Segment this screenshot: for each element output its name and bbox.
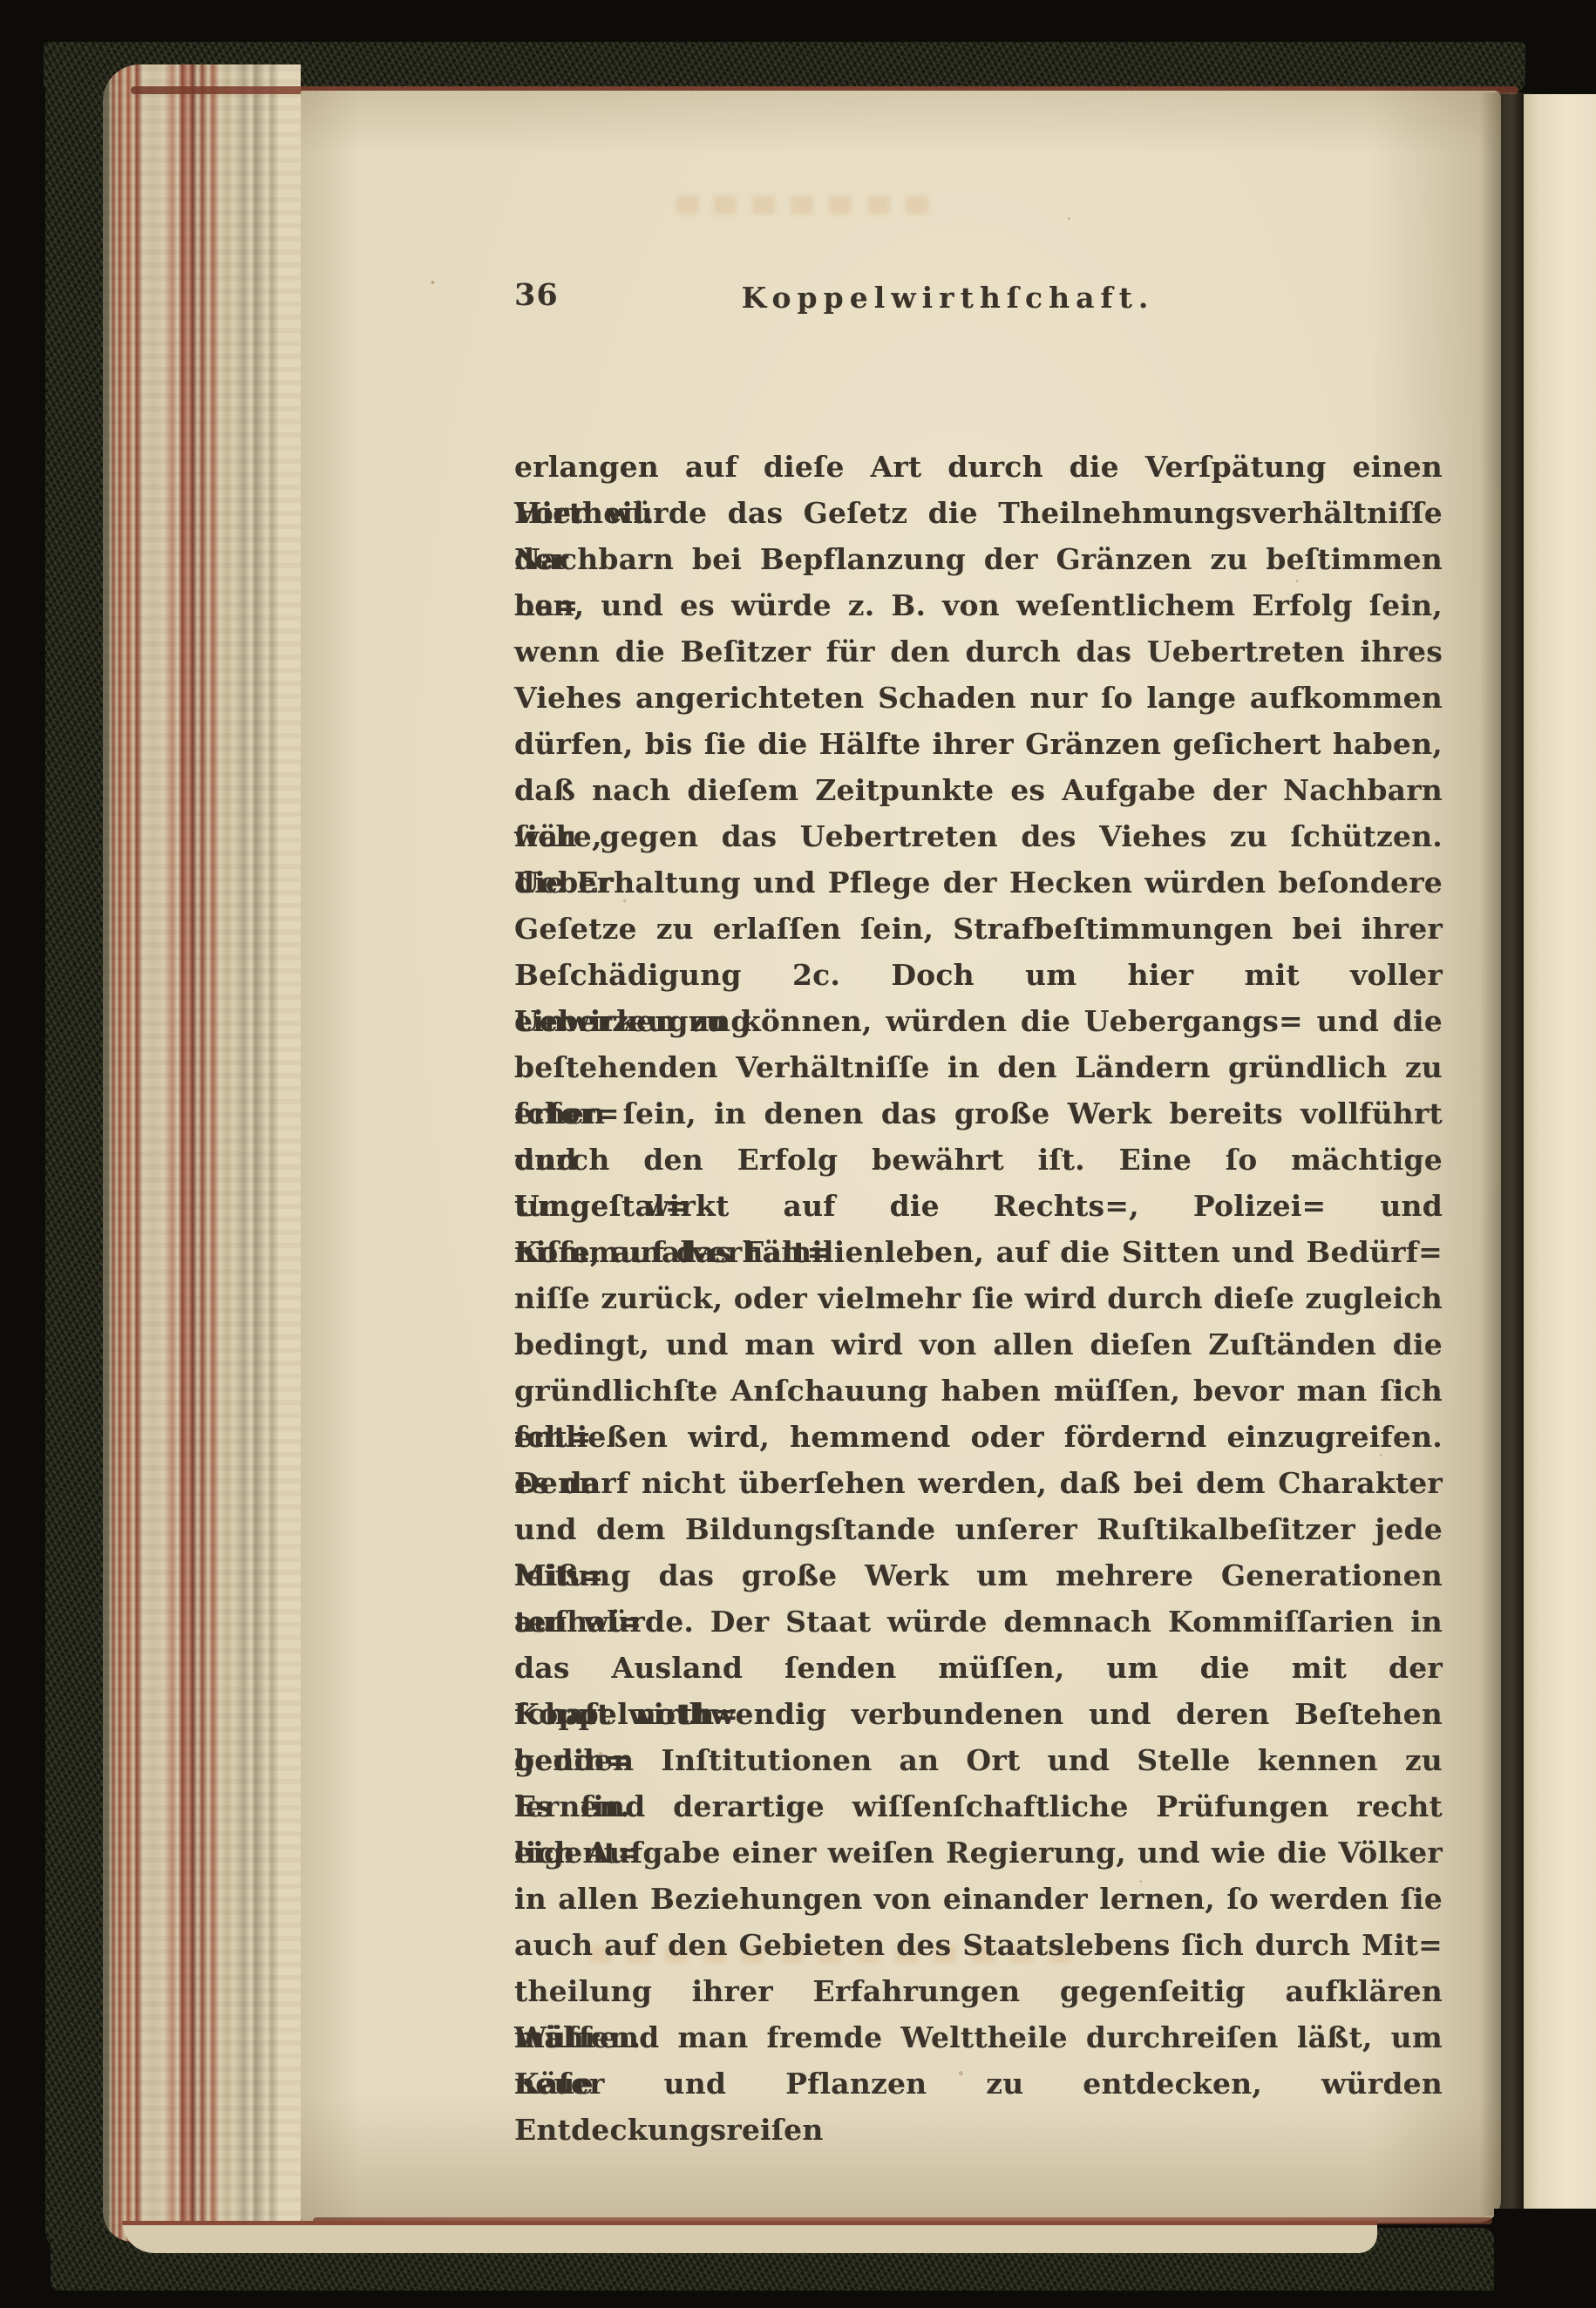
text-line: beſtehenden Verhältniſſe in den Ländern … [514,1044,1443,1090]
facing-page-edge [1524,94,1596,2214]
text-line: Hier würde das Geſetz die Theilnehmungsv… [514,490,1443,536]
text-line: daß nach dieſem Zeitpunkte es Aufgabe de… [514,767,1443,813]
text-line: einwirken zu können, würden die Uebergan… [514,998,1443,1044]
text-line: lich Aufgabe einer weiſen Regierung, und… [514,1829,1443,1876]
text-line: die Erhaltung und Pflege der Hecken würd… [514,859,1443,906]
book-cover-left-edge [45,49,110,2250]
text-line: niſſe, auf das Familienleben, auf die Si… [514,1229,1443,1275]
text-line: theilung ihrer Erfahrungen gegenſeitig a… [514,1968,1443,2014]
running-header: Koppelwirthſchaft. [514,281,1382,315]
body-text: erlangen auf dieſe Art durch die Verſpät… [514,444,1443,2107]
text-line: Während man fremde Welttheile durchreiſe… [514,2014,1443,2060]
text-line: ſchaft nothwendig verbundenen und deren … [514,1691,1443,1737]
text-line: Es ſind derartige wiſſenſchaftliche Prüf… [514,1783,1443,1829]
text-line: in allen Beziehungen von einander lernen… [514,1876,1443,1922]
text-line: tung wirkt auf die Rechts=, Polizei= und… [514,1183,1443,1229]
text-line: dürfen, bis ſie die Hälfte ihrer Gränzen… [514,721,1443,767]
photo-background-corner [1494,2209,1596,2308]
text-line: Geſetze zu erlaſſen ſein, Strafbeſtimmun… [514,906,1443,952]
text-line: Viehes angerichteten Schaden nur ſo lang… [514,675,1443,721]
text-line: Käfer und Pflanzen zu entdecken, würden … [514,2060,1443,2107]
text-line: wenn die Beſitzer für den durch das Uebe… [514,628,1443,675]
text-line: das Ausland ſenden müſſen, um die mit de… [514,1645,1443,1691]
page-header: 36 Koppelwirthſchaft. [514,277,1443,364]
underlying-page-edge [122,2221,1377,2253]
text-line: niſſe zurück, oder vielmehr ſie wird dur… [514,1275,1443,1321]
text-line: Nachbarn bei Bepflanzung der Gränzen zu … [514,536,1443,582]
text-line: ſich gegen das Uebertreten des Viehes zu… [514,813,1443,859]
text-line: gründlichſte Anſchauung haben müſſen, be… [514,1368,1443,1414]
text-line: erlangen auf dieſe Art durch die Verſpät… [514,444,1443,490]
text-line: und dem Bildungsſtande unſerer Ruſtikalb… [514,1506,1443,1552]
text-line: ſchen ſein, in denen das große Werk bere… [514,1090,1443,1137]
printed-content: 36 Koppelwirthſchaft. erlangen auf dieſe… [514,277,1443,364]
text-line: ten würde. Der Staat würde demnach Kommi… [514,1599,1443,1645]
text-line: ben, und es würde z. B. von weſentlichem… [514,582,1443,628]
text-line: genden Inſtitutionen an Ort und Stelle k… [514,1737,1443,1783]
text-line: es darf nicht überſehen werden, daß bei … [514,1460,1443,1506]
text-line: leitung das große Werk um mehrere Genera… [514,1552,1443,1599]
verso-show-through [676,195,937,214]
text-line: ſchließen wird, hemmend oder fördernd ei… [514,1414,1443,1460]
book-page: 36 Koppelwirthſchaft. erlangen auf dieſe… [301,91,1501,2223]
text-line: auch auf den Gebieten des Staatslebens ſ… [514,1922,1443,1968]
text-line: durch den Erfolg bewährt iſt. Eine ſo mä… [514,1137,1443,1183]
text-line: Beſchädigung 2c. Doch um hier mit voller… [514,952,1443,998]
page-fore-edges [103,64,301,2242]
text-line: bedingt, und man wird von allen dieſen Z… [514,1321,1443,1368]
